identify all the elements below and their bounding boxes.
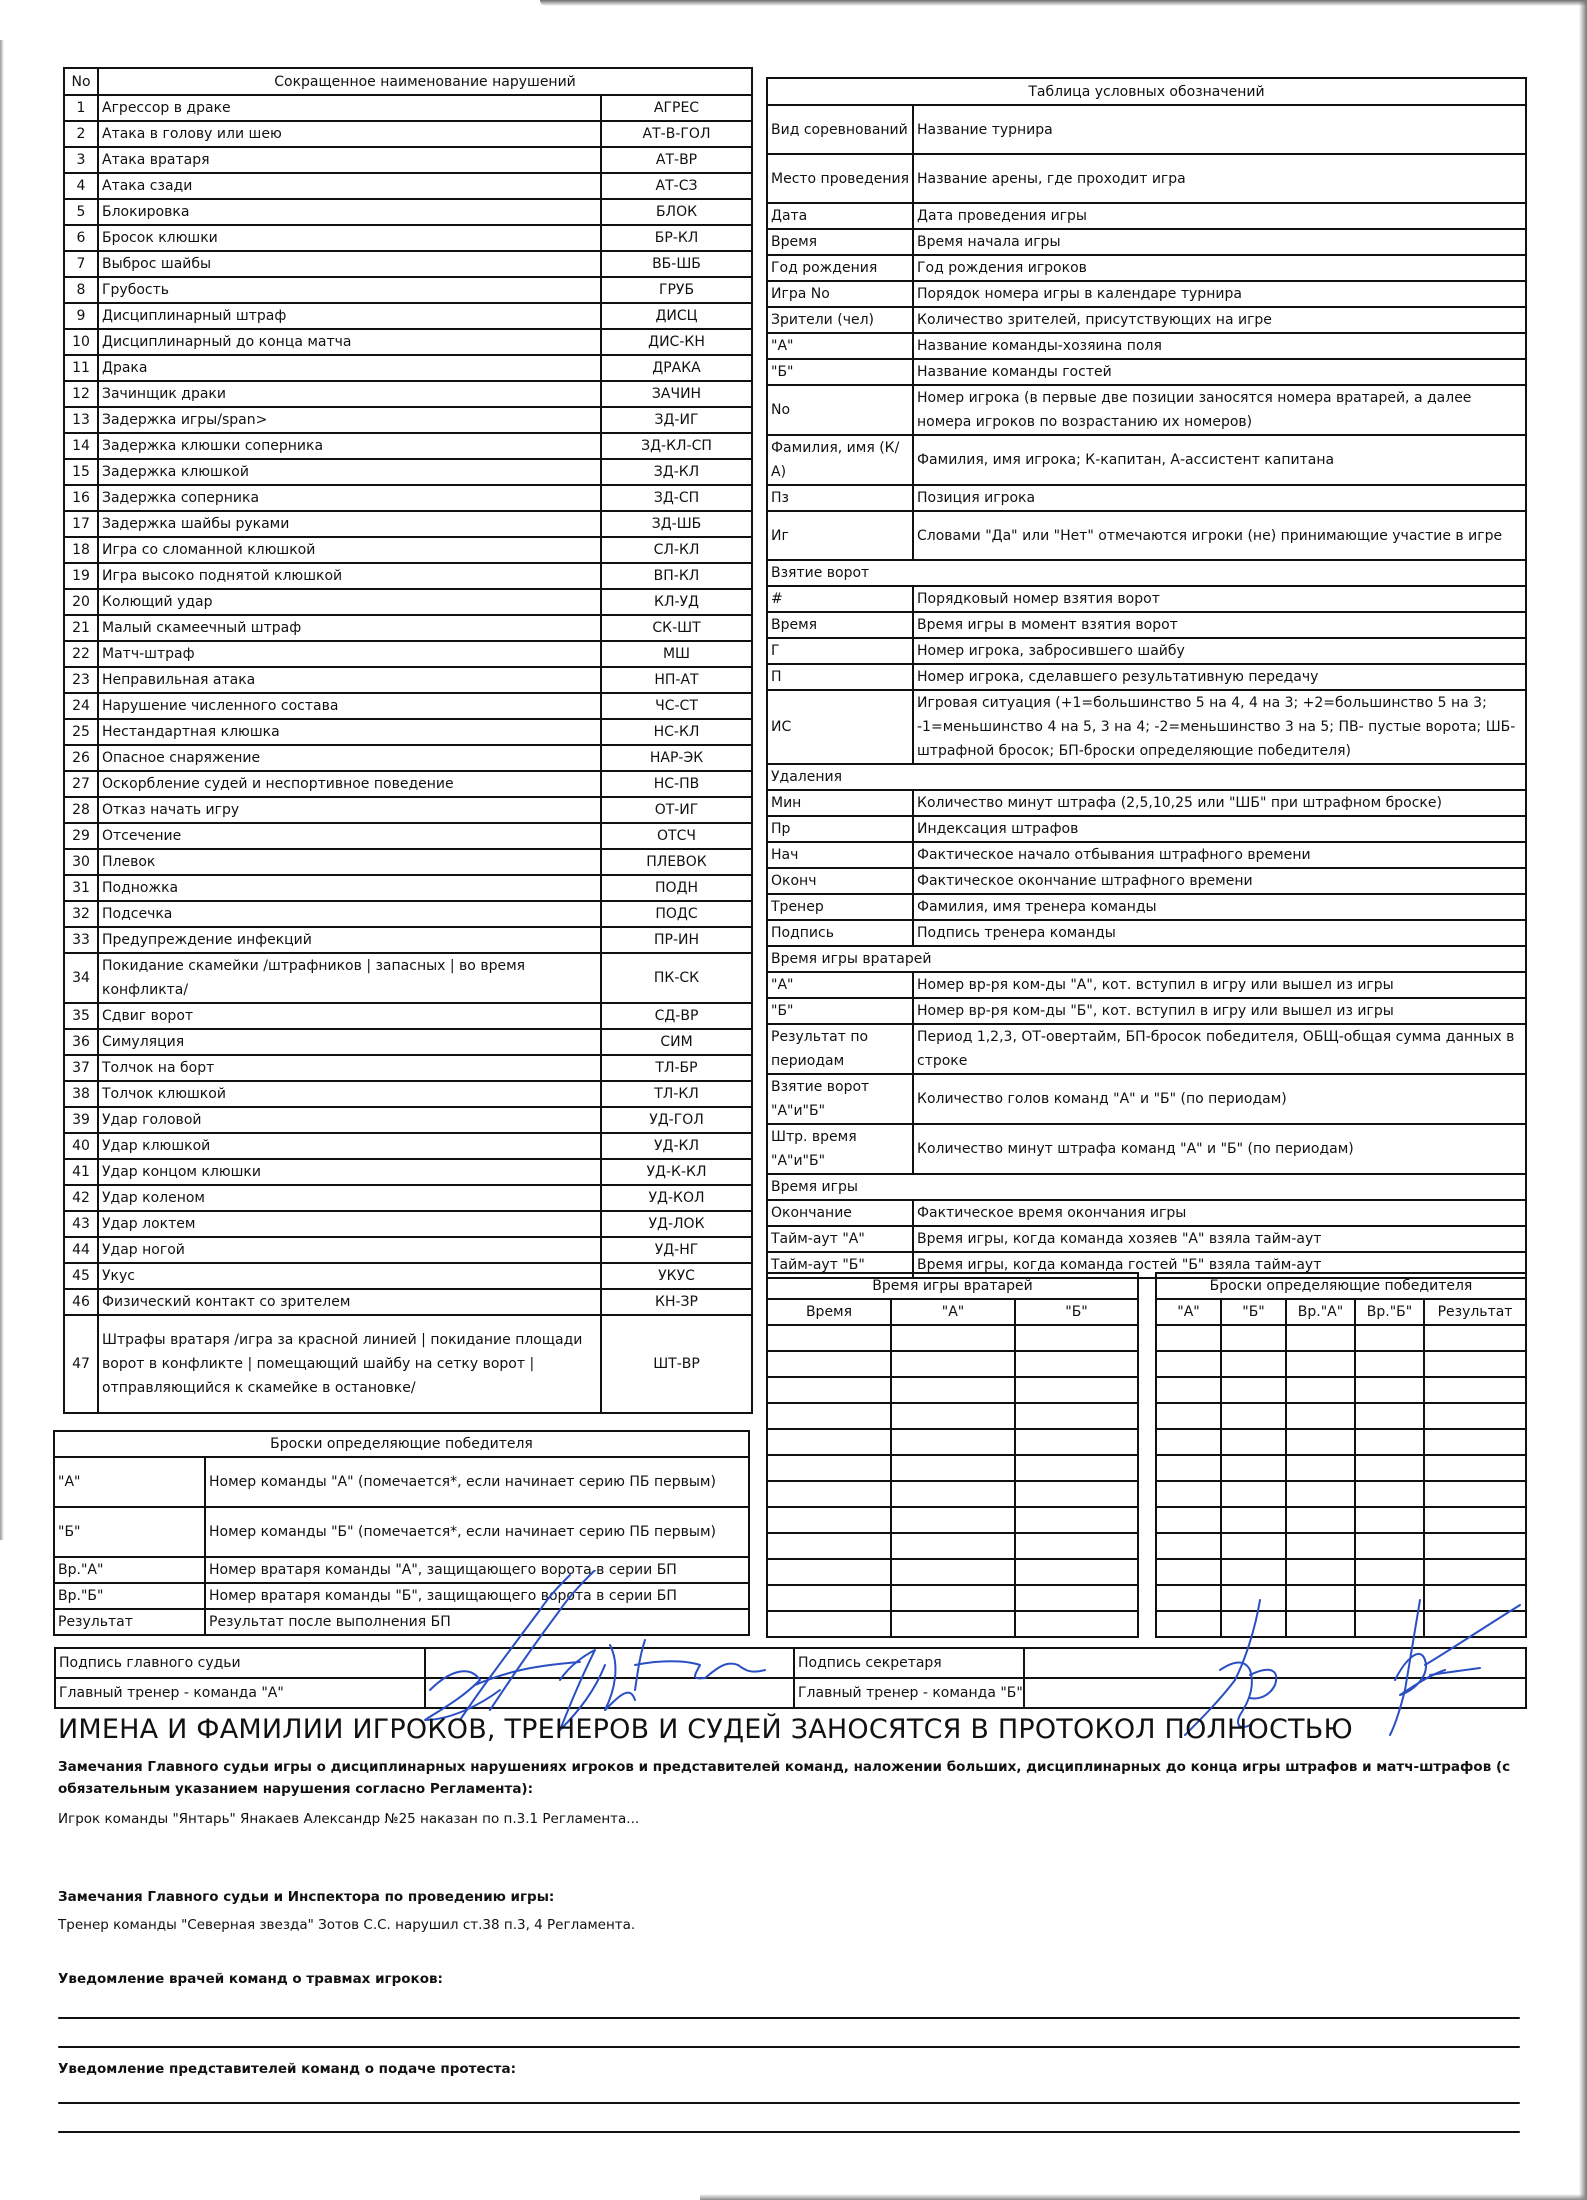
- shootout-cell[interactable]: [1156, 1325, 1221, 1351]
- legend-description: Словами "Да" или "Нет" отмечаются игроки…: [913, 511, 1526, 560]
- goalie-time-cell[interactable]: [891, 1585, 1015, 1611]
- violation-name: Удар ногой: [98, 1237, 601, 1263]
- legend-label: Тренер: [767, 894, 913, 920]
- goalie-time-cell[interactable]: [1015, 1611, 1138, 1637]
- legend-label: Год рождения: [767, 255, 913, 281]
- shootout-cell[interactable]: [1286, 1533, 1355, 1559]
- violation-row: 14Задержка клюшки соперникаЗД-КЛ-СП: [64, 433, 752, 459]
- goalie-time-cell[interactable]: [891, 1507, 1015, 1533]
- violation-name: Агрессор в драке: [98, 95, 601, 121]
- shootout-cell[interactable]: [1221, 1559, 1286, 1585]
- legend-row: ВремяВремя игры в момент взятия ворот: [767, 612, 1526, 638]
- violation-row: 23Неправильная атакаНП-АТ: [64, 667, 752, 693]
- shootout-cell[interactable]: [1221, 1351, 1286, 1377]
- violation-code: ГРУБ: [601, 277, 752, 303]
- legend-row: Фамилия, имя (К/А)Фамилия, имя игрока; К…: [767, 435, 1526, 485]
- shootout-cell[interactable]: [1286, 1325, 1355, 1351]
- violation-number: 18: [64, 537, 98, 563]
- violation-code: СИМ: [601, 1029, 752, 1055]
- shootout-column-header: "Б": [1221, 1299, 1286, 1325]
- goalie-time-cell[interactable]: [767, 1429, 891, 1455]
- shootout-cell[interactable]: [1424, 1559, 1526, 1585]
- legend-description: Номер вр-ря ком-ды "Б", кот. вступил в и…: [913, 998, 1526, 1024]
- secretary-signature-label: Подпись секретаря: [794, 1648, 1024, 1678]
- shootout-cell[interactable]: [1156, 1351, 1221, 1377]
- shootout-row: [1156, 1429, 1526, 1455]
- legend-label: #: [767, 586, 913, 612]
- violation-row: 29ОтсечениеОТСЧ: [64, 823, 752, 849]
- secretary-signature-field[interactable]: [1024, 1648, 1526, 1678]
- goalie-time-row: [767, 1481, 1138, 1507]
- violation-name: Отсечение: [98, 823, 601, 849]
- protest-notice-line-1[interactable]: [58, 2102, 1520, 2104]
- violation-number: 39: [64, 1107, 98, 1133]
- legend-description: Подпись тренера команды: [913, 920, 1526, 946]
- shootout-cell[interactable]: [1221, 1481, 1286, 1507]
- legend-row: ПзПозиция игрока: [767, 485, 1526, 511]
- legend-description: Фактическое окончание штрафного времени: [913, 868, 1526, 894]
- violation-number: 41: [64, 1159, 98, 1185]
- violation-number: 26: [64, 745, 98, 771]
- goalie-time-cell[interactable]: [1015, 1585, 1138, 1611]
- shootout-cell[interactable]: [1221, 1377, 1286, 1403]
- violation-code: ЗАЧИН: [601, 381, 752, 407]
- violation-name: Грубость: [98, 277, 601, 303]
- shootout-cell[interactable]: [1355, 1455, 1424, 1481]
- shootout-cell[interactable]: [1221, 1507, 1286, 1533]
- legend-body: Вид соревнованийНазвание турнираМесто пр…: [767, 105, 1526, 1278]
- goalie-time-cell[interactable]: [767, 1455, 891, 1481]
- legend-description: Порядок номера игры в календаре турнира: [913, 281, 1526, 307]
- legend-description: Фамилия, имя игрока; К-капитан, А-ассист…: [913, 435, 1526, 485]
- violation-name: Игра высоко поднятой клюшкой: [98, 563, 601, 589]
- violation-row: 45УкусУКУС: [64, 1263, 752, 1289]
- legend-label: Место проведения: [767, 154, 913, 203]
- legend-row: Зрители (чел)Количество зрителей, присут…: [767, 307, 1526, 333]
- goalie-time-column-headers: Время"А""Б": [767, 1299, 1138, 1325]
- goalie-time-cell[interactable]: [891, 1481, 1015, 1507]
- violation-number: 3: [64, 147, 98, 173]
- violation-name: Дисциплинарный штраф: [98, 303, 601, 329]
- shootout-row: [1156, 1325, 1526, 1351]
- shootout-cell[interactable]: [1156, 1559, 1221, 1585]
- inspector-remarks-heading: Замечания Главного судьи и Инспектора по…: [58, 1886, 554, 1908]
- goalie-time-cell[interactable]: [1015, 1403, 1138, 1429]
- goalie-time-cell[interactable]: [1015, 1507, 1138, 1533]
- legend-label: Зрители (чел): [767, 307, 913, 333]
- legend-row: Место проведенияНазвание арены, где прох…: [767, 154, 1526, 203]
- shootout-column-header: "А": [1156, 1299, 1221, 1325]
- violation-code: ВБ-ШБ: [601, 251, 752, 277]
- violation-number: 23: [64, 667, 98, 693]
- shootout-legend-description: Номер вратаря команды "Б", защищающего в…: [205, 1583, 749, 1609]
- violation-code: ВП-КЛ: [601, 563, 752, 589]
- legend-description: Название арены, где проходит игра: [913, 154, 1526, 203]
- goalie-time-cell[interactable]: [891, 1533, 1015, 1559]
- goalie-time-cell[interactable]: [767, 1585, 891, 1611]
- shootout-cell[interactable]: [1286, 1403, 1355, 1429]
- goalie-time-cell[interactable]: [1015, 1325, 1138, 1351]
- shootout-cell[interactable]: [1355, 1611, 1424, 1637]
- legend-label: "Б": [767, 998, 913, 1024]
- violation-number: 7: [64, 251, 98, 277]
- shootout-legend-label: Вр."Б": [54, 1583, 205, 1609]
- legend-section-row: Время игры вратарей: [767, 946, 1526, 972]
- goalie-time-row: [767, 1559, 1138, 1585]
- goalie-time-column-header: Время: [767, 1299, 891, 1325]
- shootout-legend-label: "Б": [54, 1507, 205, 1557]
- injury-notice-line-1[interactable]: [58, 2017, 1520, 2019]
- violation-code: СЛ-КЛ: [601, 537, 752, 563]
- legend-row: Штр. время "А"и"Б"Количество минут штраф…: [767, 1124, 1526, 1174]
- goalie-time-cell[interactable]: [1015, 1455, 1138, 1481]
- violation-number: 43: [64, 1211, 98, 1237]
- goalie-time-cell[interactable]: [1015, 1481, 1138, 1507]
- goalie-time-cell[interactable]: [891, 1429, 1015, 1455]
- violation-code: УД-ГОЛ: [601, 1107, 752, 1133]
- shootout-column-headers: "А""Б"Вр."А"Вр."Б"Результат: [1156, 1299, 1526, 1325]
- shootout-cell[interactable]: [1355, 1429, 1424, 1455]
- shootout-cell[interactable]: [1355, 1585, 1424, 1611]
- violation-name: Выброс шайбы: [98, 251, 601, 277]
- legend-description: Время начала игры: [913, 229, 1526, 255]
- goalie-time-cell[interactable]: [767, 1377, 891, 1403]
- goalie-time-cell[interactable]: [767, 1351, 891, 1377]
- violation-row: 15Задержка клюшкойЗД-КЛ: [64, 459, 752, 485]
- violation-row: 46Физический контакт со зрителемКН-ЗР: [64, 1289, 752, 1315]
- violation-name: Подножка: [98, 875, 601, 901]
- violation-name: Штрафы вратаря /игра за красной линией |…: [98, 1315, 601, 1413]
- violation-code: МШ: [601, 641, 752, 667]
- violation-code: ПР-ИН: [601, 927, 752, 953]
- violation-name: Задержка клюшкой: [98, 459, 601, 485]
- legend-label: "А": [767, 333, 913, 359]
- violation-row: 17Задержка шайбы рукамиЗД-ШБ: [64, 511, 752, 537]
- violations-body: 1Агрессор в дракеАГРЕС2Атака в голову ил…: [64, 95, 752, 1413]
- shootout-cell[interactable]: [1424, 1351, 1526, 1377]
- goalie-time-cell[interactable]: [767, 1611, 891, 1637]
- legend-description: Количество голов команд "А" и "Б" (по пе…: [913, 1074, 1526, 1124]
- violation-row: 30ПлевокПЛЕВОК: [64, 849, 752, 875]
- shootout-cell[interactable]: [1424, 1585, 1526, 1611]
- goalie-time-cell[interactable]: [767, 1533, 891, 1559]
- shootout-column-header: Вр."А": [1286, 1299, 1355, 1325]
- violation-row: 10Дисциплинарный до конца матчаДИС-КН: [64, 329, 752, 355]
- violation-number: 5: [64, 199, 98, 225]
- legend-label: Тайм-аут "А": [767, 1226, 913, 1252]
- goalie-time-cell[interactable]: [767, 1507, 891, 1533]
- violation-row: 38Толчок клюшкойТЛ-КЛ: [64, 1081, 752, 1107]
- violation-code: ДИС-КН: [601, 329, 752, 355]
- violation-code: КН-ЗР: [601, 1289, 752, 1315]
- legend-row: "А"Название команды-хозяина поля: [767, 333, 1526, 359]
- violation-number: 47: [64, 1315, 98, 1413]
- shootout-cell[interactable]: [1424, 1481, 1526, 1507]
- shootout-cell[interactable]: [1221, 1585, 1286, 1611]
- shootout-cell[interactable]: [1286, 1585, 1355, 1611]
- goalie-time-cell[interactable]: [1015, 1351, 1138, 1377]
- violation-number: 37: [64, 1055, 98, 1081]
- violation-code: ОТ-ИГ: [601, 797, 752, 823]
- shootout-legend-label: "А": [54, 1457, 205, 1507]
- violation-name: Симуляция: [98, 1029, 601, 1055]
- shootout-cell[interactable]: [1355, 1351, 1424, 1377]
- violation-number: 11: [64, 355, 98, 381]
- legend-row: Год рожденияГод рождения игроков: [767, 255, 1526, 281]
- shootout-cell[interactable]: [1221, 1429, 1286, 1455]
- violation-row: 16Задержка соперникаЗД-СП: [64, 485, 752, 511]
- shootout-column-header: Результат: [1424, 1299, 1526, 1325]
- violation-code: ПЛЕВОК: [601, 849, 752, 875]
- shootout-cell[interactable]: [1355, 1325, 1424, 1351]
- shootout-cell[interactable]: [1156, 1585, 1221, 1611]
- legend-section-title: Время игры: [767, 1174, 1526, 1200]
- legend-row: НачФактическое начало отбывания штрафног…: [767, 842, 1526, 868]
- violation-row: 13Задержка игры/span>ЗД-ИГ: [64, 407, 752, 433]
- violation-row: 35Сдвиг воротСД-ВР: [64, 1003, 752, 1029]
- violation-number: 33: [64, 927, 98, 953]
- violation-number: 25: [64, 719, 98, 745]
- violation-number: 27: [64, 771, 98, 797]
- violation-name: Задержка игры/span>: [98, 407, 601, 433]
- goalie-time-row: [767, 1585, 1138, 1611]
- legend-label: Иг: [767, 511, 913, 560]
- shootout-cell[interactable]: [1355, 1403, 1424, 1429]
- shootout-cell[interactable]: [1156, 1455, 1221, 1481]
- goalie-time-column-header: "Б": [1015, 1299, 1138, 1325]
- legend-label: Дата: [767, 203, 913, 229]
- shootout-cell[interactable]: [1221, 1455, 1286, 1481]
- signatures-table: Подпись главного судьи Подпись секретаря…: [54, 1647, 1527, 1709]
- legend-section-title: Удаления: [767, 764, 1526, 790]
- violation-row: 28Отказ начать игруОТ-ИГ: [64, 797, 752, 823]
- shootout-cell[interactable]: [1286, 1455, 1355, 1481]
- goalie-time-cell[interactable]: [767, 1325, 891, 1351]
- legend-label: Время: [767, 612, 913, 638]
- goalie-time-cell[interactable]: [1015, 1533, 1138, 1559]
- violation-number: 30: [64, 849, 98, 875]
- violation-code: ОТСЧ: [601, 823, 752, 849]
- violation-code: УКУС: [601, 1263, 752, 1289]
- shootout-cell[interactable]: [1286, 1611, 1355, 1637]
- shootout-cell[interactable]: [1156, 1403, 1221, 1429]
- shootout-legend-row: "А"Номер команды "А" (помечается*, если …: [54, 1457, 749, 1507]
- violation-number: 14: [64, 433, 98, 459]
- shootout-cell[interactable]: [1424, 1429, 1526, 1455]
- legend-row: Взятие ворот "А"и"Б"Количество голов ком…: [767, 1074, 1526, 1124]
- violation-number: 22: [64, 641, 98, 667]
- violation-row: 24Нарушение численного составаЧС-СТ: [64, 693, 752, 719]
- shootout-cell[interactable]: [1424, 1325, 1526, 1351]
- legend-section-title: Время игры вратарей: [767, 946, 1526, 972]
- shootout-row: [1156, 1611, 1526, 1637]
- violation-row: 39Удар головойУД-ГОЛ: [64, 1107, 752, 1133]
- violation-number: 12: [64, 381, 98, 407]
- legend-description: Индексация штрафов: [913, 816, 1526, 842]
- violation-number: 40: [64, 1133, 98, 1159]
- coach-b-signature-field[interactable]: [1024, 1678, 1526, 1708]
- goalie-time-cell[interactable]: [891, 1455, 1015, 1481]
- violation-row: 20Колющий ударКЛ-УД: [64, 589, 752, 615]
- shootout-cell[interactable]: [1156, 1377, 1221, 1403]
- shootout-cell[interactable]: [1221, 1533, 1286, 1559]
- violation-name: Нестандартная клюшка: [98, 719, 601, 745]
- shootout-cell[interactable]: [1286, 1481, 1355, 1507]
- shootout-cell[interactable]: [1286, 1507, 1355, 1533]
- shootout-cell[interactable]: [1221, 1325, 1286, 1351]
- goalie-time-cell[interactable]: [1015, 1377, 1138, 1403]
- legend-row: #Порядковый номер взятия ворот: [767, 586, 1526, 612]
- goalie-time-cell[interactable]: [891, 1403, 1015, 1429]
- shootout-legend-description: Номер команды "Б" (помечается*, если нач…: [205, 1507, 749, 1557]
- violation-code: УД-К-КЛ: [601, 1159, 752, 1185]
- shootout-cell[interactable]: [1424, 1507, 1526, 1533]
- goalie-time-cell[interactable]: [891, 1559, 1015, 1585]
- shootout-cell[interactable]: [1286, 1351, 1355, 1377]
- shootout-cell[interactable]: [1355, 1533, 1424, 1559]
- violation-code: ЗД-КЛ: [601, 459, 752, 485]
- violation-name: Задержка шайбы руками: [98, 511, 601, 537]
- legend-row: Вид соревнованийНазвание турнира: [767, 105, 1526, 154]
- legend-label: ИС: [767, 690, 913, 764]
- violation-row: 47Штрафы вратаря /игра за красной линией…: [64, 1315, 752, 1413]
- legend-description: Фактическое начало отбывания штрафного в…: [913, 842, 1526, 868]
- coach-a-signature-field[interactable]: [425, 1678, 794, 1708]
- shootout-table: Броски определяющие победителя "А""Б"Вр.…: [1155, 1272, 1527, 1638]
- violation-name: Отказ начать игру: [98, 797, 601, 823]
- goalie-time-cell[interactable]: [767, 1403, 891, 1429]
- shootout-cell[interactable]: [1156, 1533, 1221, 1559]
- shootout-cell[interactable]: [1424, 1533, 1526, 1559]
- violation-name: Опасное снаряжение: [98, 745, 601, 771]
- violation-name: Игра со сломанной клюшкой: [98, 537, 601, 563]
- shootout-cell[interactable]: [1156, 1611, 1221, 1637]
- shootout-cell[interactable]: [1424, 1377, 1526, 1403]
- protest-notice-heading: Уведомление представителей команд о пода…: [58, 2058, 516, 2080]
- shootout-cell[interactable]: [1424, 1455, 1526, 1481]
- violation-row: 37Толчок на бортТЛ-БР: [64, 1055, 752, 1081]
- violation-row: 4Атака сзадиАТ-СЗ: [64, 173, 752, 199]
- legend-description: Игровая ситуация (+1=большинство 5 на 4,…: [913, 690, 1526, 764]
- goalie-time-cell[interactable]: [891, 1611, 1015, 1637]
- shootout-cell[interactable]: [1355, 1481, 1424, 1507]
- shootout-cell[interactable]: [1355, 1377, 1424, 1403]
- violation-code: ЧС-СТ: [601, 693, 752, 719]
- shootout-legend-title: Броски определяющие победителя: [54, 1431, 749, 1457]
- shootout-cell[interactable]: [1286, 1377, 1355, 1403]
- violation-number: 10: [64, 329, 98, 355]
- shootout-cell[interactable]: [1424, 1611, 1526, 1637]
- violation-row: 8ГрубостьГРУБ: [64, 277, 752, 303]
- shootout-cell[interactable]: [1286, 1559, 1355, 1585]
- legend-label: Время: [767, 229, 913, 255]
- violation-number: 29: [64, 823, 98, 849]
- shootout-cell[interactable]: [1156, 1481, 1221, 1507]
- shootout-legend-row: РезультатРезультат после выполнения БП: [54, 1609, 749, 1635]
- shootout-cell[interactable]: [1221, 1611, 1286, 1637]
- shootout-cell[interactable]: [1355, 1559, 1424, 1585]
- legend-description: Номер игрока, забросившего шайбу: [913, 638, 1526, 664]
- shootout-cell[interactable]: [1286, 1429, 1355, 1455]
- shootout-cell[interactable]: [1424, 1403, 1526, 1429]
- shootout-cell[interactable]: [1156, 1507, 1221, 1533]
- goalie-time-cell[interactable]: [1015, 1429, 1138, 1455]
- legend-label: Оконч: [767, 868, 913, 894]
- violation-code: СД-ВР: [601, 1003, 752, 1029]
- goalie-time-cell[interactable]: [891, 1351, 1015, 1377]
- violation-code: НАР-ЭК: [601, 745, 752, 771]
- legend-label: Пз: [767, 485, 913, 511]
- legend-label: Результат по периодам: [767, 1024, 913, 1074]
- violation-code: ПК-СК: [601, 953, 752, 1003]
- violation-code: ДИСЦ: [601, 303, 752, 329]
- legend-description: Время игры в момент взятия ворот: [913, 612, 1526, 638]
- protest-notice-line-2[interactable]: [58, 2131, 1520, 2133]
- violation-row: 1Агрессор в дракеАГРЕС: [64, 95, 752, 121]
- violation-row: 11ДракаДРАКА: [64, 355, 752, 381]
- violation-number: 9: [64, 303, 98, 329]
- violation-row: 7Выброс шайбыВБ-ШБ: [64, 251, 752, 277]
- legend-description: Период 1,2,3, ОТ-овертайм, БП-бросок поб…: [913, 1024, 1526, 1074]
- violation-code: ТЛ-БР: [601, 1055, 752, 1081]
- violation-row: 43Удар локтемУД-ЛОК: [64, 1211, 752, 1237]
- goalie-time-cell[interactable]: [891, 1325, 1015, 1351]
- violation-number: 31: [64, 875, 98, 901]
- legend-row: Игра NoПорядок номера игры в календаре т…: [767, 281, 1526, 307]
- violation-number: 46: [64, 1289, 98, 1315]
- shootout-cell[interactable]: [1355, 1507, 1424, 1533]
- legend-description: Время игры, когда команда хозяев "А" взя…: [913, 1226, 1526, 1252]
- legend-description: Название команды-хозяина поля: [913, 333, 1526, 359]
- shootout-cell[interactable]: [1221, 1403, 1286, 1429]
- violation-name: Сдвиг ворот: [98, 1003, 601, 1029]
- legend-row: "Б"Название команды гостей: [767, 359, 1526, 385]
- violation-name: Матч-штраф: [98, 641, 601, 667]
- legend-row: Результат по периодамПериод 1,2,3, ОТ-ов…: [767, 1024, 1526, 1074]
- disciplinary-remarks-text[interactable]: Игрок команды "Янтарь" Янакаев Александр…: [58, 1808, 639, 1830]
- injury-notice-line-2[interactable]: [58, 2046, 1520, 2048]
- goalie-time-body: [767, 1325, 1138, 1637]
- goalie-time-cell[interactable]: [767, 1481, 891, 1507]
- goalie-time-cell[interactable]: [767, 1559, 891, 1585]
- inspector-remarks-text[interactable]: Тренер команды "Северная звезда" Зотов С…: [58, 1914, 635, 1936]
- violation-code: АТ-ВР: [601, 147, 752, 173]
- shootout-legend-label: Результат: [54, 1609, 205, 1635]
- violation-name: Задержка клюшки соперника: [98, 433, 601, 459]
- shootout-cell[interactable]: [1156, 1429, 1221, 1455]
- goalie-time-cell[interactable]: [1015, 1559, 1138, 1585]
- shootout-legend-label: Вр."А": [54, 1557, 205, 1583]
- shootout-legend-row: Вр."А"Номер вратаря команды "А", защищаю…: [54, 1557, 749, 1583]
- violation-code: АТ-В-ГОЛ: [601, 121, 752, 147]
- violation-number: 38: [64, 1081, 98, 1107]
- legend-row: ПодписьПодпись тренера команды: [767, 920, 1526, 946]
- violation-number: 1: [64, 95, 98, 121]
- violation-row: 2Атака в голову или шеюАТ-В-ГОЛ: [64, 121, 752, 147]
- violation-code: АТ-СЗ: [601, 173, 752, 199]
- violation-number: 16: [64, 485, 98, 511]
- legend-description: Позиция игрока: [913, 485, 1526, 511]
- violation-number: 15: [64, 459, 98, 485]
- shootout-title: Броски определяющие победителя: [1156, 1273, 1526, 1299]
- goalie-time-row: [767, 1429, 1138, 1455]
- head-referee-signature-field[interactable]: [425, 1648, 794, 1678]
- violation-number: 34: [64, 953, 98, 1003]
- goalie-time-cell[interactable]: [891, 1377, 1015, 1403]
- legend-row: ПНомер игрока, сделавшего результативную…: [767, 664, 1526, 690]
- legend-description: Номер вр-ря ком-ды "А", кот. вступил в и…: [913, 972, 1526, 998]
- violation-name: Толчок на борт: [98, 1055, 601, 1081]
